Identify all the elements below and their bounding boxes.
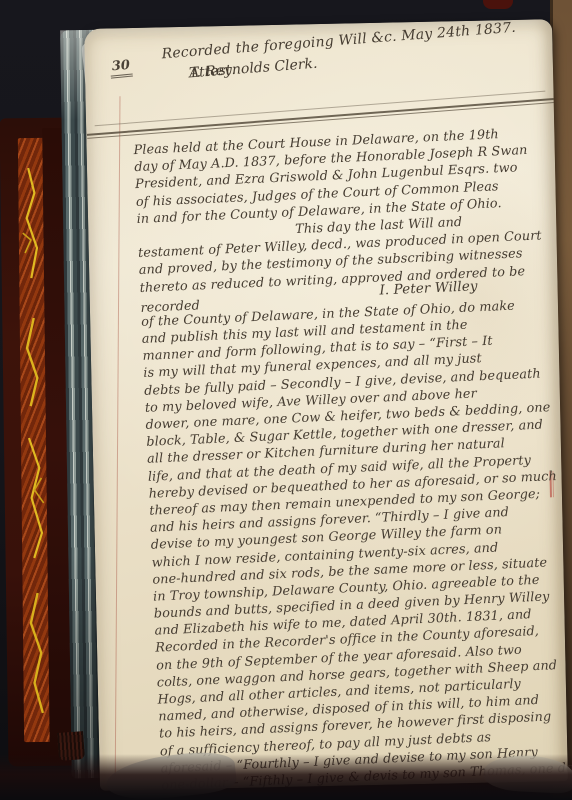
record-note: Recorded the foregoing Will &c. May 24th… <box>83 17 551 73</box>
book-bottom-shadow <box>0 754 572 800</box>
clerk-signature: T. Reynolds Clerk. <box>189 56 318 82</box>
record-note-line: Recorded the foregoing Will &c. May 24th… <box>83 17 551 68</box>
testator-name: I. Peter Willey <box>379 278 478 299</box>
spine-glimpse <box>483 0 513 9</box>
photo-background: 30 Recorded the foregoing Will &c. May 2… <box>0 0 572 800</box>
manuscript-text: 30 Recorded the foregoing Will &c. May 2… <box>82 12 572 794</box>
manuscript-page: 30 Recorded the foregoing Will &c. May 2… <box>84 19 568 791</box>
will-record-body: Pleas held at the Court House in Delawar… <box>133 124 572 795</box>
